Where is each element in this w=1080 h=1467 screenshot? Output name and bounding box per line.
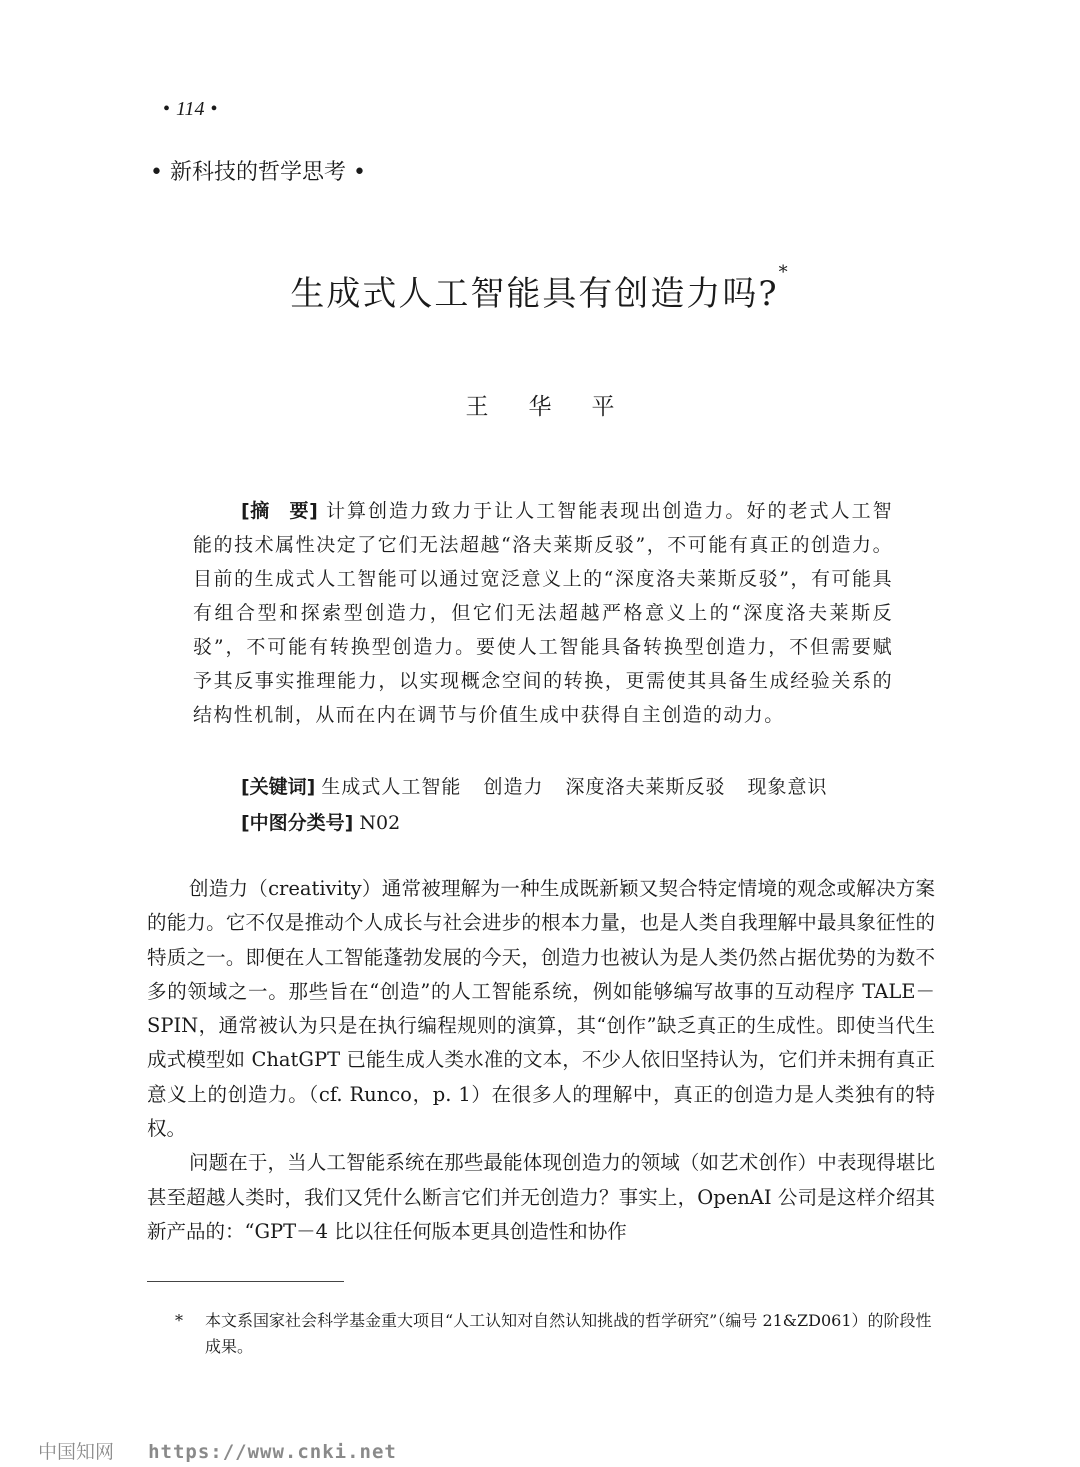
page-number: •114•	[163, 98, 218, 121]
abstract-paragraph: [摘 要] 计算创造力致力于让人工智能表现出创造力。好的老式人工智能的技术属性决…	[193, 494, 893, 732]
abstract-text: 计算创造力致力于让人工智能表现出创造力。好的老式人工智能的技术属性决定了它们无法…	[193, 500, 893, 726]
footnote-divider	[147, 1281, 344, 1282]
author: 王华平	[0, 388, 1080, 421]
page-number-value: 114	[176, 98, 205, 120]
abstract: [摘 要] 计算创造力致力于让人工智能表现出创造力。好的老式人工智能的技术属性决…	[193, 494, 893, 732]
watermark-brand: 中国知网	[38, 1441, 114, 1463]
footnote-text: 本文系国家社会科学基金重大项目“人工认知对自然认知挑战的哲学研究”（编号 21&…	[205, 1308, 935, 1360]
body-paragraph: 问题在于，当人工智能系统在那些最能体现创造力的领域（如艺术创作）中表现得堪比甚至…	[147, 1146, 935, 1249]
article-title-text: 生成式人工智能具有创造力吗?	[290, 274, 778, 314]
bullet: •	[163, 98, 170, 120]
keywords-line: [关键词] 生成式人工智能创造力深度洛夫莱斯反驳现象意识	[241, 772, 849, 799]
bullet: •	[211, 98, 218, 120]
keyword: 生成式人工智能	[321, 776, 461, 798]
author-char: 平	[592, 394, 615, 420]
body-paragraph: 创造力（creativity）通常被理解为一种生成既新颖又契合特定情境的观念或解…	[147, 872, 935, 1146]
classification-line: [中图分类号] N02	[241, 808, 400, 835]
keyword: 创造力	[483, 776, 543, 798]
body-text: 创造力（creativity）通常被理解为一种生成既新颖又契合特定情境的观念或解…	[147, 872, 935, 1249]
section-header: • 新科技的哲学思考 •	[150, 155, 366, 186]
author-char: 华	[529, 394, 552, 420]
watermark-url[interactable]: https://www.cnki.net	[148, 1441, 397, 1463]
section-title: 新科技的哲学思考	[170, 160, 346, 185]
classification-code: N02	[359, 812, 400, 834]
footnote-mark: *	[175, 1308, 183, 1334]
watermark: 中国知网 https://www.cnki.net	[38, 1437, 397, 1464]
footnote: * 本文系国家社会科学基金重大项目“人工认知对自然认知挑战的哲学研究”（编号 2…	[175, 1308, 935, 1360]
keywords-label: [关键词]	[241, 776, 315, 798]
keyword: 深度洛夫莱斯反驳	[565, 776, 725, 798]
classification-label: [中图分类号]	[241, 812, 353, 834]
bullet: •	[353, 160, 366, 185]
keyword: 现象意识	[747, 776, 827, 798]
abstract-label: [摘 要]	[241, 500, 318, 522]
title-footnote-mark[interactable]: *	[779, 262, 790, 283]
article-title: 生成式人工智能具有创造力吗?*	[0, 266, 1080, 315]
bullet: •	[150, 160, 163, 185]
author-char: 王	[466, 394, 489, 420]
